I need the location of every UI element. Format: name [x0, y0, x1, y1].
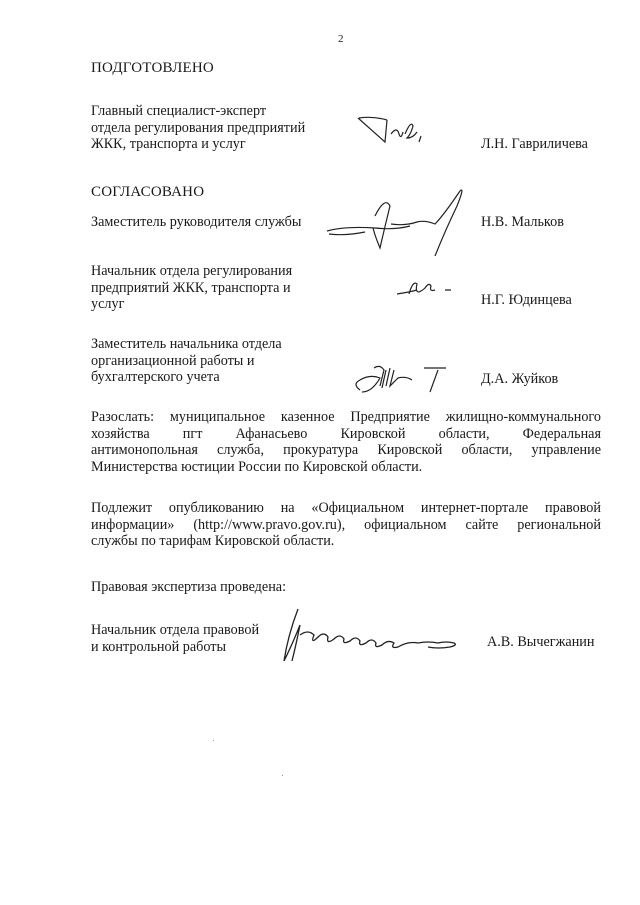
- distribution-paragraph: Разослать: муниципальное казенное Предпр…: [91, 409, 601, 475]
- agreed-position-3: Заместитель начальника отдела организаци…: [91, 336, 282, 386]
- prepared-heading: ПОДГОТОВЛЕНО: [91, 60, 214, 77]
- scan-speck: [213, 740, 214, 741]
- signatory-name: Н.В. Мальков: [481, 214, 564, 231]
- position-line: бухгалтерского учета: [91, 369, 282, 386]
- text-line: Разослать: муниципальное казенное Предпр…: [91, 409, 601, 426]
- signatory-name: Л.Н. Гавриличева: [481, 136, 588, 153]
- signature-malkov: [325, 186, 475, 256]
- text-line: антимонопольная служба, прокуратура Киро…: [91, 442, 601, 459]
- position-line: организационной работы и: [91, 353, 282, 370]
- text-line: Подлежит опубликованию на «Официальном и…: [91, 500, 601, 517]
- signature-gavrilicheva: [355, 112, 440, 152]
- publication-paragraph: Подлежит опубликованию на «Официальном и…: [91, 500, 601, 550]
- text-line: службы по тарифам Кировской области.: [91, 533, 601, 550]
- position-line: предприятий ЖКК, транспорта и: [91, 280, 292, 297]
- signature-zhuikov: [350, 358, 460, 398]
- text-line: Министерства юстиции России по Кировской…: [91, 459, 601, 476]
- position-line: Начальник отдела правовой: [91, 622, 259, 639]
- signatory-name: Д.А. Жуйков: [481, 371, 558, 388]
- agreed-position-2: Начальник отдела регулирования предприят…: [91, 263, 292, 313]
- legal-review-position: Начальник отдела правовой и контрольной …: [91, 622, 259, 655]
- legal-review-heading: Правовая экспертиза проведена:: [91, 579, 286, 596]
- signature-vychegzhanin: [278, 605, 468, 665]
- text-line: информации» (http://www.pravo.gov.ru), о…: [91, 517, 601, 534]
- position-line: отдела регулирования предприятий: [91, 120, 305, 137]
- position-line: Заместитель руководителя службы: [91, 214, 301, 231]
- signatory-name: Н.Г. Юдинцева: [481, 292, 572, 309]
- position-line: и контрольной работы: [91, 639, 259, 656]
- page-number: 2: [338, 33, 344, 45]
- text-line: хозяйства пгт Афанасьево Кировской облас…: [91, 426, 601, 443]
- signature-yudintseva: [395, 276, 475, 306]
- position-line: Начальник отдела регулирования: [91, 263, 292, 280]
- position-line: Заместитель начальника отдела: [91, 336, 282, 353]
- position-line: ЖКК, транспорта и услуг: [91, 136, 305, 153]
- signatory-name: А.В. Вычегжанин: [487, 634, 594, 651]
- agreed-heading: СОГЛАСОВАНО: [91, 184, 204, 201]
- position-line: Главный специалист-эксперт: [91, 103, 305, 120]
- prepared-position: Главный специалист-эксперт отдела регули…: [91, 103, 305, 153]
- position-line: услуг: [91, 296, 292, 313]
- agreed-position-1: Заместитель руководителя службы: [91, 214, 301, 231]
- scan-speck: [282, 775, 283, 776]
